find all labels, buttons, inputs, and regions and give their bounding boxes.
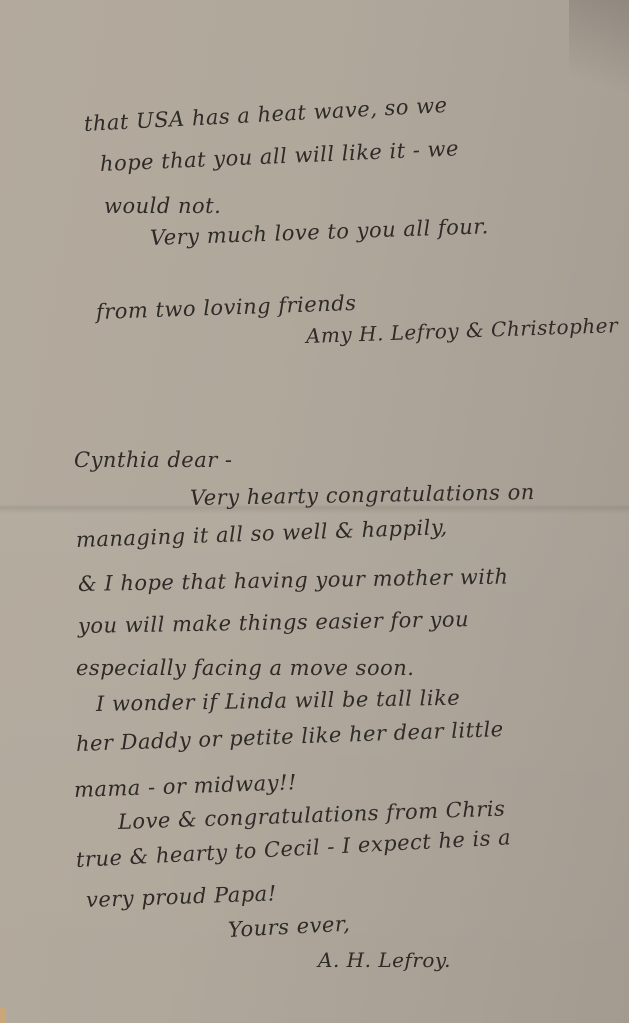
letter-page: that USA has a heat wave, so we hope tha… [0,0,629,1023]
letter-line: & I hope that having your mother with [78,564,509,596]
letter-line: that USA has a heat wave, so we [83,93,448,136]
letter-salutation: Cynthia dear - [74,448,233,472]
letter-line: Very hearty congratulations on [190,480,535,510]
letter-line: from two loving friends [96,291,357,324]
letter-closing: Yours ever, [227,912,350,942]
letter-line: Very much love to you all four. [150,214,490,250]
letter-signature: A. H. Lefroy. [318,948,451,972]
paper-fold-corner [569,0,629,140]
letter-line: hope that you all will like it - we [99,136,459,176]
letter-line: would not. [104,194,221,218]
paper-edge-tab [0,1008,6,1023]
letter-line: managing it all so well & happily, [76,515,448,552]
letter-line: you will make things easier for you [78,607,469,638]
letter-line: I wonder if Linda will be tall like [96,686,461,716]
letter-signature-part1: Amy H. Lefroy & Christopher [306,313,619,348]
letter-line: mama - or midway!! [74,770,298,802]
letter-line: her Daddy or petite like her dear little [76,717,504,756]
letter-line: especially facing a move soon. [76,656,414,680]
letter-line: very proud Papa! [86,881,277,912]
